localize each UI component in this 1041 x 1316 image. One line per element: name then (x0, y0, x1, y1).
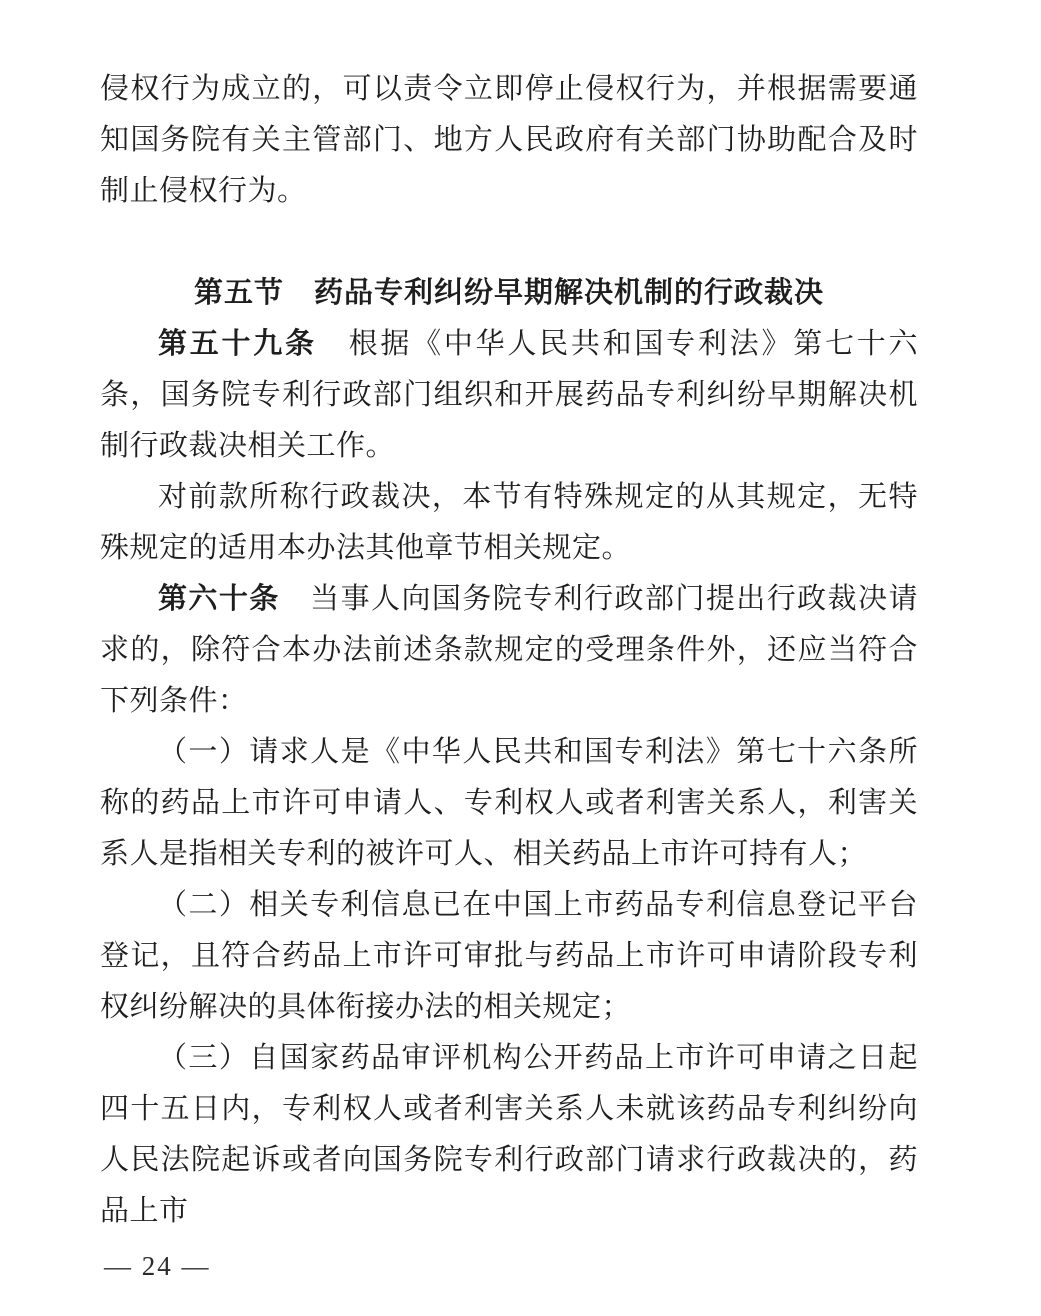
special-rules-paragraph: 对前款所称行政裁决，本节有特殊规定的从其规定，无特殊规定的适用本办法其他章节相关… (100, 472, 918, 574)
continuation-paragraph: 侵权行为成立的，可以责令立即停止侵权行为，并根据需要通知国务院有关主管部门、地方… (100, 64, 918, 217)
condition-item-1: （一）请求人是《中华人民共和国专利法》第七十六条所称的药品上市许可申请人、专利权… (100, 727, 918, 880)
article-60-number: 第六十条 (158, 583, 280, 615)
document-content: 侵权行为成立的，可以责令立即停止侵权行为，并根据需要通知国务院有关主管部门、地方… (100, 64, 918, 1237)
article-60-paragraph: 第六十条 当事人向国务院专利行政部门提出行政裁决请求的，除符合本办法前述条款规定… (100, 574, 918, 727)
section-heading: 第五节 药品专利纠纷早期解决机制的行政裁决 (100, 268, 918, 319)
document-page: 侵权行为成立的，可以责令立即停止侵权行为，并根据需要通知国务院有关主管部门、地方… (0, 0, 1041, 1316)
article-59-paragraph: 第五十九条 根据《中华人民共和国专利法》第七十六条，国务院专利行政部门组织和开展… (100, 319, 918, 472)
condition-item-3: （三）自国家药品审评机构公开药品上市许可申请之日起四十五日内，专利权人或者利害关… (100, 1033, 918, 1237)
page-footer: — 24 — (104, 1253, 211, 1280)
condition-item-2: （二）相关专利信息已在中国上市药品专利信息登记平台登记，且符合药品上市许可审批与… (100, 880, 918, 1033)
page-number: — 24 — (104, 1251, 211, 1281)
article-59-number: 第五十九条 (158, 328, 317, 360)
